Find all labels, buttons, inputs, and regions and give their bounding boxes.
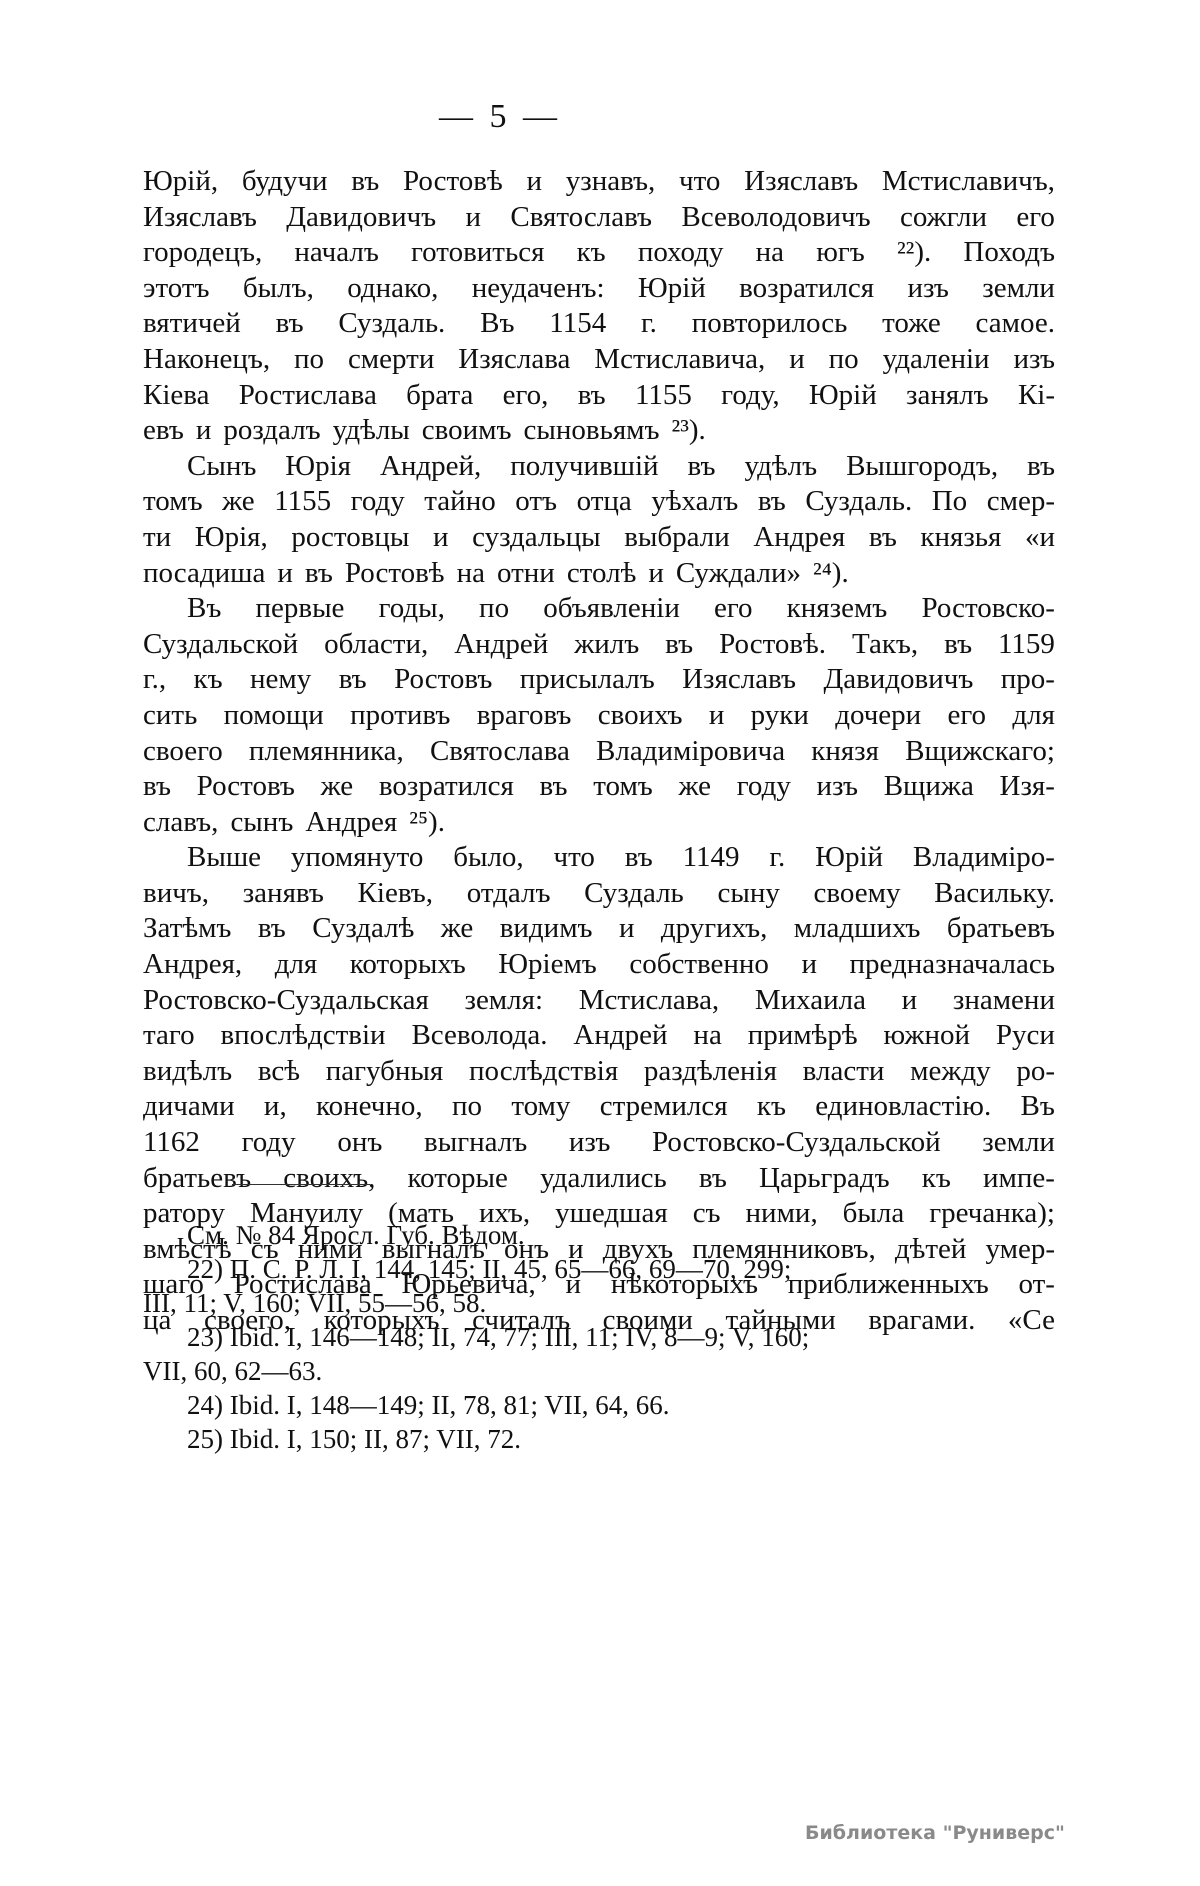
- text-line: этотъбылъ,однако,неудаченъ:Юрійвозратилс…: [143, 271, 1055, 307]
- footnote-line: 24) Ibid. I, 148—149; II, 78, 81; VII, 6…: [143, 1388, 1055, 1422]
- footnote-line: 25) Ibid. I, 150; II, 87; VII, 72.: [143, 1422, 1055, 1456]
- text-line: Въпервыегоды,пообъявленіиегокняземъРосто…: [143, 591, 1055, 627]
- footnote-line: VII, 60, 62—63.: [143, 1354, 1055, 1388]
- footnote-line: III, 11; V, 160; VII, 55—56, 58.: [143, 1286, 1055, 1320]
- page-number: — 5 —: [0, 98, 1000, 136]
- text-line: 1162годуонъвыгналъизъРостовско-Суздальск…: [143, 1125, 1055, 1161]
- text-line: видѣлъвсѣпагубныяпослѣдствіяраздѣленіявл…: [143, 1054, 1055, 1090]
- text-line: дичамии,конечно,потомустремилсякъединовл…: [143, 1089, 1055, 1125]
- text-line: томъже1155годутайноотъотцауѣхалъвъСуздал…: [143, 484, 1055, 520]
- footnote-separator: [232, 1184, 370, 1185]
- footnote-line: См. № 84 Яросл. Губ. Вѣдом.: [143, 1218, 1055, 1252]
- text-line: г.,кънемувъРостовъприсылалъИзяславъДавид…: [143, 662, 1055, 698]
- text-line: Наконецъ,посмертиИзяславаМстиславича,ипо…: [143, 342, 1055, 378]
- text-line: своегоплемянника,СвятославаВладиміровича…: [143, 734, 1055, 770]
- text-line: посадишаивъРостовѣнаотнистолѣиСуждали»²⁴…: [143, 556, 1055, 592]
- text-line: Ростовско-Суздальскаяземля:Мстислава,Мих…: [143, 983, 1055, 1019]
- footnotes: См. № 84 Яросл. Губ. Вѣдом.22) П. С. Р. …: [143, 1218, 1055, 1456]
- footnote-line: 22) П. С. Р. Л. I, 144, 145; II, 45, 65—…: [143, 1252, 1055, 1286]
- text-line: Вышеупомянутобыло,чтовъ1149г.ЮрійВладимі…: [143, 840, 1055, 876]
- text-line: братьевъсвоихъ,которыеудалилисьвъЦарьгра…: [143, 1161, 1055, 1197]
- text-line: городецъ,началъготовитьсякъпоходунаюгъ²²…: [143, 235, 1055, 271]
- text-line: ИзяславъДавидовичъиСвятославъВсеволодови…: [143, 200, 1055, 236]
- text-line: Суздальскойобласти,АндрейжилъвъРостовѣ.Т…: [143, 627, 1055, 663]
- text-line: ситьпомощипротивъвраговъсвоихъирукидочер…: [143, 698, 1055, 734]
- library-watermark: Библиотека "Руниверс": [805, 1822, 1065, 1844]
- text-line: евъироздалъудѣлысвоимъсыновьямъ²³).: [143, 413, 1055, 449]
- text-line: таговпослѣдствіиВсеволода.Андрейнапримѣр…: [143, 1018, 1055, 1054]
- text-line: въРостовъжевозратилсявътомъжегодуизъВщиж…: [143, 769, 1055, 805]
- text-line: тиЮрія,ростовцыисуздальцывыбралиАндреявъ…: [143, 520, 1055, 556]
- text-line: КіеваРостиславабратаего,въ1155году,Юрійз…: [143, 378, 1055, 414]
- text-line: Юрій,будучивъРостовѣиузнавъ,чтоИзяславъМ…: [143, 164, 1055, 200]
- text-line: славъ,сынъАндрея²⁵).: [143, 805, 1055, 841]
- footnote-line: 23) Ibid. I, 146—148; II, 74, 77; III, 1…: [143, 1320, 1055, 1354]
- text-line: СынъЮріяАндрей,получившійвъудѣлъВышгород…: [143, 449, 1055, 485]
- text-line: вятичейвъСуздаль.Въ1154г.повторилосьтоже…: [143, 306, 1055, 342]
- text-line: ЗатѣмъвъСуздалѣжевидимъидругихъ,младшихъ…: [143, 911, 1055, 947]
- body-text: Юрій,будучивъРостовѣиузнавъ,чтоИзяславъМ…: [143, 164, 1055, 1339]
- text-line: вичъ,занявъКіевъ,отдалъСуздальсынусвоему…: [143, 876, 1055, 912]
- text-line: Андрея,длякоторыхъЮріемъсобственноипредн…: [143, 947, 1055, 983]
